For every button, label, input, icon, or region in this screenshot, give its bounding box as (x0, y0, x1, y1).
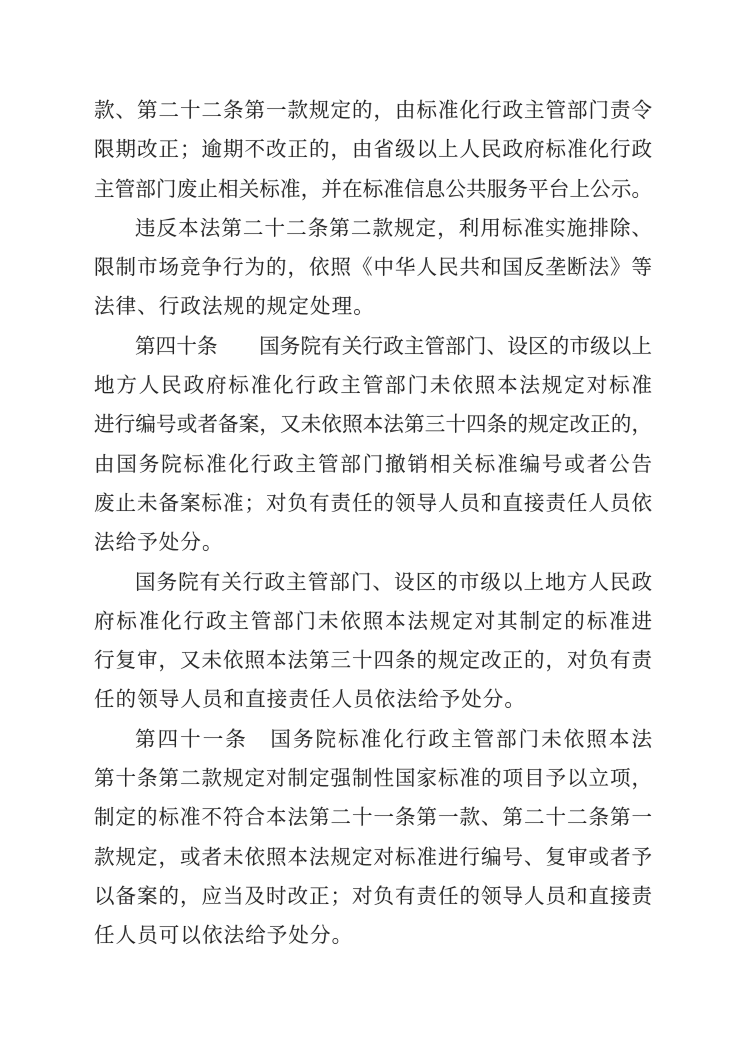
text-line: 第四十条 国务院有关行政主管部门、设区的市级以上 (94, 328, 652, 367)
text-line: 法律、行政法规的规定处理。 (94, 288, 652, 327)
text-line: 主管部门废止相关标准，并在标准信息公共服务平台上公示。 (94, 171, 652, 210)
text-line: 限期改正；逾期不改正的，由省级以上人民政府标准化行政 (94, 131, 652, 170)
text-line: 限制市场竞争行为的，依照《中华人民共和国反垄断法》等 (94, 249, 652, 288)
text-line: 任人员可以依法给予处分。 (94, 917, 652, 956)
text-line: 任的领导人员和直接责任人员依法给予处分。 (94, 681, 652, 720)
text-line: 由国务院标准化行政主管部门撤销相关标准编号或者公告 (94, 446, 652, 485)
text-line: 款规定，或者未依照本法规定对标准进行编号、复审或者予 (94, 839, 652, 878)
text-line: 国务院有关行政主管部门、设区的市级以上地方人民政 (94, 564, 652, 603)
text-line: 地方人民政府标准化行政主管部门未依照本法规定对标准 (94, 367, 652, 406)
text-line: 以备案的，应当及时改正；对负有责任的领导人员和直接责 (94, 878, 652, 917)
text-line: 府标准化行政主管部门未依照本法规定对其制定的标准进 (94, 603, 652, 642)
text-line: 款、第二十二条第一款规定的，由标准化行政主管部门责令 (94, 92, 652, 131)
text-line: 行复审，又未依照本法第三十四条的规定改正的，对负有责 (94, 642, 652, 681)
text-line: 违反本法第二十二条第二款规定，利用标准实施排除、 (94, 210, 652, 249)
law-text-block: 款、第二十二条第一款规定的，由标准化行政主管部门责令限期改正；逾期不改正的，由省… (94, 92, 652, 957)
text-line: 第十条第二款规定对制定强制性国家标准的项目予以立项， (94, 760, 652, 799)
text-line: 废止未备案标准；对负有责任的领导人员和直接责任人员依 (94, 485, 652, 524)
text-line: 进行编号或者备案，又未依照本法第三十四条的规定改正的， (94, 406, 652, 445)
text-line: 第四十一条 国务院标准化行政主管部门未依照本法 (94, 721, 652, 760)
text-line: 法给予处分。 (94, 524, 652, 563)
text-line: 制定的标准不符合本法第二十一条第一款、第二十二条第一 (94, 799, 652, 838)
document-page: 款、第二十二条第一款规定的，由标准化行政主管部门责令限期改正；逾期不改正的，由省… (0, 0, 750, 1060)
